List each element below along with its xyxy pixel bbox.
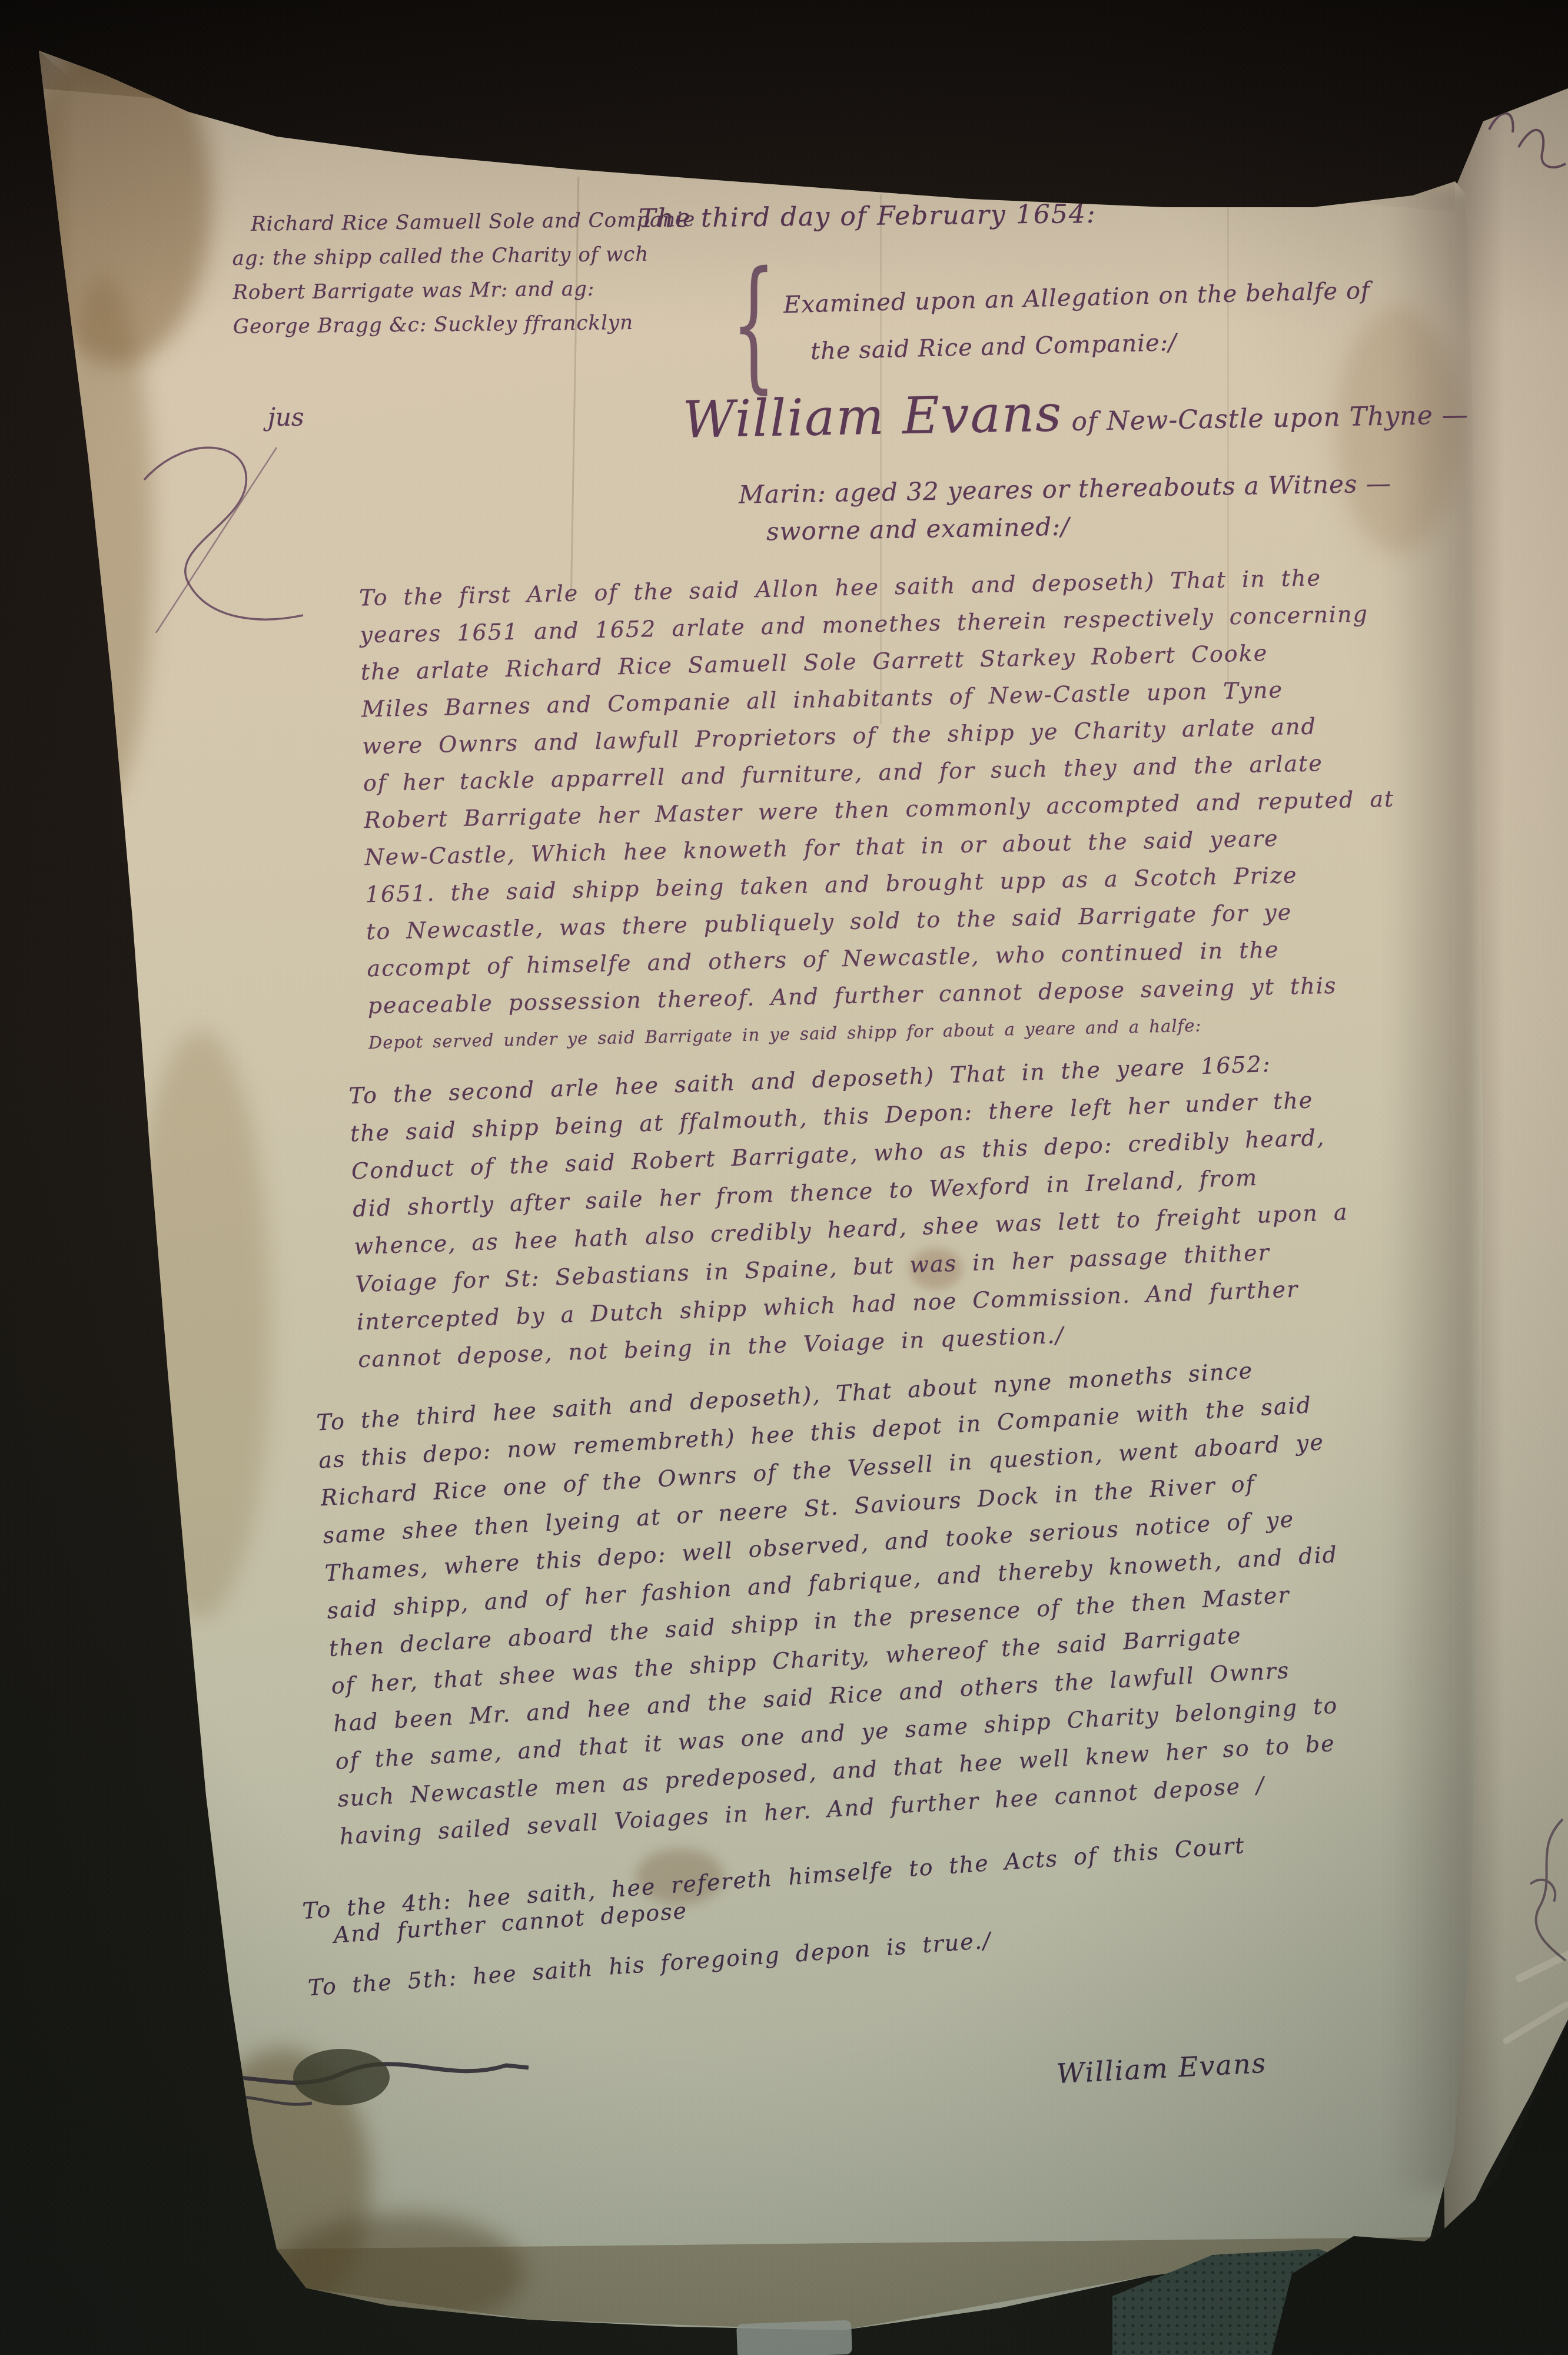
deposition-article-1: To the first Arle of the said Allon hee … bbox=[359, 558, 1400, 1062]
deponent-name: William Evans bbox=[682, 384, 1063, 449]
margin-note-line: Richard Rice Samuell Sole and Companie bbox=[232, 203, 696, 241]
examined-note: Examined upon an Allegation on the behal… bbox=[783, 267, 1372, 376]
brace-mark: { bbox=[732, 240, 776, 407]
margin-note-line: George Bragg &c: Suckley ffrancklyn bbox=[233, 305, 697, 344]
opposite-page-writing-fragment bbox=[1483, 94, 1568, 188]
deponent-sworn-line: sworne and examined:/ bbox=[766, 512, 1070, 546]
manuscript-photograph: Richard Rice Samuell Sole and Companie a… bbox=[0, 0, 1568, 2355]
deponent-age-line: Marin: aged 32 yeares or thereabouts a W… bbox=[739, 469, 1391, 509]
paraph-flourish-icon bbox=[100, 439, 347, 674]
deponent-origin: of New-Castle upon Thyne — bbox=[1062, 400, 1469, 437]
jus-annotation: jus bbox=[268, 403, 304, 432]
opposite-page-writing-fragment bbox=[1522, 1813, 1568, 1966]
gutter-shadow bbox=[1389, 188, 1477, 2190]
stained-top-edge bbox=[0, 0, 1568, 224]
stain bbox=[277, 2214, 524, 2331]
deposition-article-2: To the second arle hee saith and deposet… bbox=[348, 1043, 1353, 1379]
margin-note-line: ag: the shipp called the Charity of wch bbox=[232, 237, 696, 276]
examiner-signature-blot bbox=[165, 2014, 542, 2131]
page-edge-highlight bbox=[1501, 2000, 1568, 2045]
deponent-signature: William Evans bbox=[1056, 2047, 1268, 2090]
deposition-article-3: To the third hee saith and deposeth), Th… bbox=[315, 1348, 1351, 1856]
stain bbox=[129, 1030, 271, 1619]
page-weight bbox=[736, 2320, 852, 2355]
manuscript-page: Richard Rice Samuell Sole and Companie a… bbox=[0, 0, 1568, 2355]
margin-case-note: Richard Rice Samuell Sole and Companie a… bbox=[232, 203, 697, 344]
date-heading: The third day of February 1654: bbox=[639, 199, 1097, 234]
margin-note-line: Robert Barrigate was Mr: and ag: bbox=[232, 271, 696, 310]
